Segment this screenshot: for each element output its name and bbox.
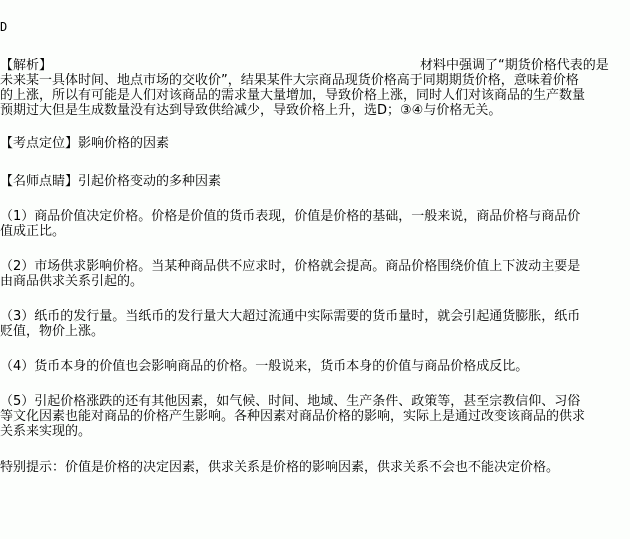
teacher-note-text: 引起价格变动的多种因素 [78,174,221,189]
analysis-line: 的上涨，所以有可能是人们对该商品的需求量大量增加，导致价格上涨，同时人们对该商品… [0,88,630,103]
analysis-section: 【解析】材料中强调了“期货价格代表的是 未来某一具体时间、地点市场的交收价”，结… [0,58,630,118]
answer-text: D [0,20,7,35]
point-line: （2）市场供求影响价格。当某种商品供不应求时，价格就会提高。商品价格围绕价值上下… [0,259,630,274]
point-5: （5）引起价格涨跌的还有其他因素，如气候、时间、地域、生产条件、政策等，甚至宗教… [0,394,630,439]
point-1: （1）商品价值决定价格。价格是价值的货币表现，价值是价格的基础，一般来说，商品价… [0,209,630,239]
point-line: （5）引起价格涨跌的还有其他因素，如气候、时间、地域、生产条件、政策等，甚至宗教… [0,394,630,409]
point-line: 等文化因素也能对商品的价格产生影响。各种因素对商品价格的影响，实际上是通过改变该… [0,409,630,424]
key-point-section: 【考点定位】影响价格的因素 [0,136,630,151]
analysis-line: 材料中强调了“期货价格代表的是 [420,58,609,73]
point-line: 由商品供求关系引起的。 [0,274,630,289]
point-3: （3）纸币的发行量。当纸币的发行量大大超过流通中实际需要的货币量时，就会引起通货… [0,309,630,339]
point-line: 贬值，物价上涨。 [0,324,630,339]
point-line: （3）纸币的发行量。当纸币的发行量大大超过流通中实际需要的货币量时，就会引起通货… [0,309,630,324]
point-line: 值成正比。 [0,224,630,239]
teacher-note-section: 【名师点睛】引起价格变动的多种因素 [0,174,630,189]
point-4: （4）货币本身的价值也会影响商品的价格。一般说来，货币本身的价值与商品价格成反比… [0,359,630,374]
point-line: （1）商品价值决定价格。价格是价值的货币表现，价值是价格的基础，一般来说，商品价… [0,209,630,224]
teacher-note-label: 【名师点睛】 [0,174,78,189]
special-tip-text: 特别提示：价值是价格的决定因素，供求关系是价格的影响因素，供求关系不会也不能决定… [0,460,630,475]
key-point-text: 影响价格的因素 [78,136,169,151]
analysis-line: 未来某一具体时间、地点市场的交收价”，结果某件大宗商品现货价格高于同期期货价格，… [0,73,630,88]
key-point-label: 【考点定位】 [0,136,78,151]
point-line: （4）货币本身的价值也会影响商品的价格。一般说来，货币本身的价值与商品价格成反比… [0,359,630,374]
point-2: （2）市场供求影响价格。当某种商品供不应求时，价格就会提高。商品价格围绕价值上下… [0,259,630,289]
analysis-label: 【解析】 [0,58,420,73]
analysis-line: 预期过大但是生成数量没有达到导致供给减少，导致价格上升，选D；③④与价格无关。 [0,103,630,118]
special-tip-section: 特别提示：价值是价格的决定因素，供求关系是价格的影响因素，供求关系不会也不能决定… [0,460,630,475]
point-line: 关系来实现的。 [0,424,630,439]
